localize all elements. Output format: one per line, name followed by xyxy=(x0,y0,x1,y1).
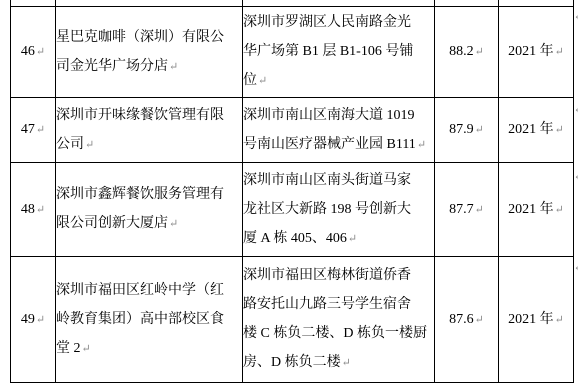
row-end-mark-icon: ↵ xyxy=(574,172,578,183)
address: 深圳市南山区南头街道马家 龙社区大新路 198 号创新大 厦 A 栋 405、4… xyxy=(243,173,411,246)
row-end-mark-icon: ↵ xyxy=(574,12,578,23)
score-cell[interactable]: 88.2↵ xyxy=(435,7,499,98)
restaurant-rating-table: 46↵ 星巴克咖啡（深圳）有限公 司金光华广场分店↵ 深圳市罗湖区人民南路金光 … xyxy=(10,0,574,383)
paragraph-mark-icon: ↵ xyxy=(475,46,484,58)
score-cell[interactable]: 87.9↵ xyxy=(435,98,499,163)
row-end-mark-icon: ↵ xyxy=(574,105,578,116)
paragraph-mark-icon: ↵ xyxy=(417,139,426,151)
company-name-cell[interactable]: 深圳市开味缘餐饮管理有限 公司↵ xyxy=(56,98,243,163)
paragraph-mark-icon: ↵ xyxy=(36,204,45,216)
score: 87.9 xyxy=(449,122,474,137)
table-row: 49↵ 深圳市福田区红岭中学（红 岭教育集团）高中部校区食 堂 2↵ 深圳市福田… xyxy=(11,257,574,383)
company-name-cell[interactable]: 星巴克咖啡（深圳）有限公 司金光华广场分店↵ xyxy=(56,7,243,98)
table-row: 48↵ 深圳市鑫辉餐饮服务管理有 限公司创新大厦店↵ 深圳市南山区南头街道马家 … xyxy=(11,163,574,257)
company-name: 深圳市开味缘餐饮管理有限 公司 xyxy=(56,108,224,152)
address-cell[interactable]: 深圳市南山区南海大道 1019 号南山医疗器械产业园 B111↵ xyxy=(243,98,435,163)
address-cell[interactable]: 深圳市南山区南头街道马家 龙社区大新路 198 号创新大 厦 A 栋 405、4… xyxy=(243,163,435,257)
paragraph-mark-icon: ↵ xyxy=(555,314,564,326)
document-page: 46↵ 星巴克咖啡（深圳）有限公 司金光华广场分店↵ 深圳市罗湖区人民南路金光 … xyxy=(0,0,578,388)
paragraph-mark-icon: ↵ xyxy=(555,46,564,58)
paragraph-mark-icon: ↵ xyxy=(82,343,91,355)
paragraph-mark-icon: ↵ xyxy=(85,139,94,151)
row-number-cell[interactable]: 46↵ xyxy=(11,7,56,98)
company-name-cell[interactable]: 深圳市福田区红岭中学（红 岭教育集团）高中部校区食 堂 2↵ xyxy=(56,257,243,383)
paragraph-mark-icon: ↵ xyxy=(475,124,484,136)
paragraph-mark-icon: ↵ xyxy=(258,75,267,87)
row-number: 47 xyxy=(21,122,35,137)
score: 87.6 xyxy=(449,312,474,327)
score-cell[interactable]: 87.7↵ xyxy=(435,163,499,257)
address: 深圳市罗湖区人民南路金光 华广场第 B1 层 B1-106 号铺 位 xyxy=(243,15,413,88)
year-cell[interactable]: 2021 年↵ xyxy=(499,98,574,163)
year: 2021 年 xyxy=(508,44,554,59)
paragraph-mark-icon: ↵ xyxy=(36,314,45,326)
paragraph-mark-icon: ↵ xyxy=(36,124,45,136)
score: 87.7 xyxy=(449,202,474,217)
year-cell[interactable]: 2021 年↵ xyxy=(499,7,574,98)
company-name-cell[interactable]: 深圳市鑫辉餐饮服务管理有 限公司创新大厦店↵ xyxy=(56,163,243,257)
score: 88.2 xyxy=(449,44,474,59)
address: 深圳市南山区南海大道 1019 号南山医疗器械产业园 B111 xyxy=(243,108,416,152)
year-cell[interactable]: 2021 年↵ xyxy=(499,257,574,383)
year-cell[interactable]: 2021 年↵ xyxy=(499,163,574,257)
year: 2021 年 xyxy=(508,202,554,217)
table-row: 47↵ 深圳市开味缘餐饮管理有限 公司↵ 深圳市南山区南海大道 1019 号南山… xyxy=(11,98,574,163)
address: 深圳市福田区梅林街道侨香 路安托山九路三号学生宿舍 楼 C 栋负二楼、D 栋负一… xyxy=(243,268,427,370)
row-number-cell[interactable]: 48↵ xyxy=(11,163,56,257)
paragraph-mark-icon: ↵ xyxy=(348,233,357,245)
company-name: 星巴克咖啡（深圳）有限公 司金光华广场分店 xyxy=(56,30,224,74)
row-number: 49 xyxy=(21,312,35,327)
score-cell[interactable]: 87.6↵ xyxy=(435,257,499,383)
row-number-cell[interactable]: 49↵ xyxy=(11,257,56,383)
table-row: 46↵ 星巴克咖啡（深圳）有限公 司金光华广场分店↵ 深圳市罗湖区人民南路金光 … xyxy=(11,7,574,98)
row-number: 46 xyxy=(21,44,35,59)
paragraph-mark-icon: ↵ xyxy=(555,204,564,216)
paragraph-mark-icon: ↵ xyxy=(475,314,484,326)
year: 2021 年 xyxy=(508,122,554,137)
address-cell[interactable]: 深圳市罗湖区人民南路金光 华广场第 B1 层 B1-106 号铺 位↵ xyxy=(243,7,435,98)
address-cell[interactable]: 深圳市福田区梅林街道侨香 路安托山九路三号学生宿舍 楼 C 栋负二楼、D 栋负一… xyxy=(243,257,435,383)
row-end-mark-icon: ↵ xyxy=(574,263,578,274)
paragraph-mark-icon: ↵ xyxy=(342,357,351,369)
year: 2021 年 xyxy=(508,312,554,327)
row-number: 48 xyxy=(21,202,35,217)
row-number-cell[interactable]: 47↵ xyxy=(11,98,56,163)
paragraph-mark-icon: ↵ xyxy=(169,61,178,73)
company-name: 深圳市鑫辉餐饮服务管理有 限公司创新大厦店 xyxy=(56,187,224,231)
paragraph-mark-icon: ↵ xyxy=(169,218,178,230)
paragraph-mark-icon: ↵ xyxy=(475,204,484,216)
paragraph-mark-icon: ↵ xyxy=(555,124,564,136)
paragraph-mark-icon: ↵ xyxy=(36,46,45,58)
